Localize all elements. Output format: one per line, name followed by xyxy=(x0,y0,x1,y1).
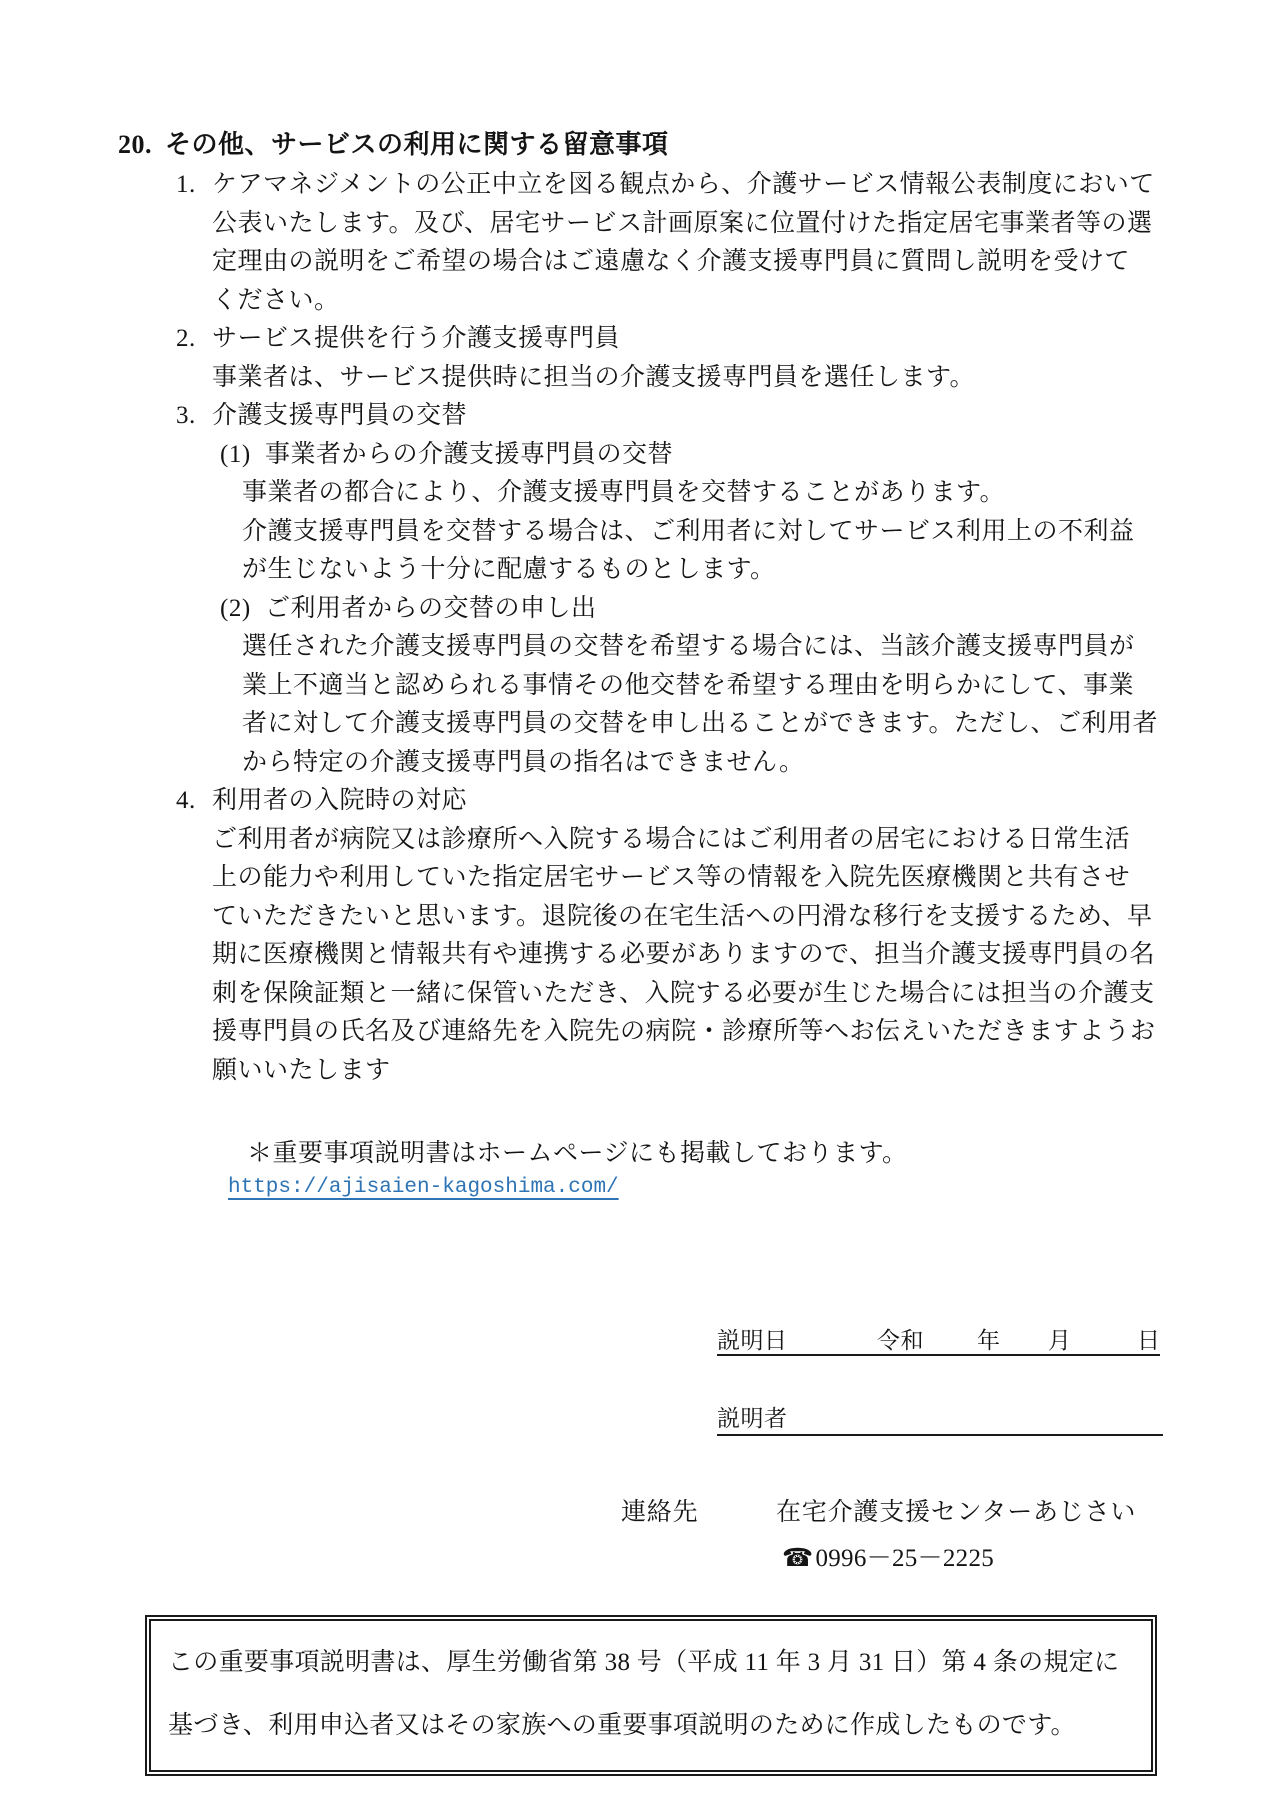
line-marker: 4. xyxy=(176,782,196,821)
line-text: ご利用者が病院又は診療所へ入院する場合にはご利用者の居宅における日常生活 xyxy=(212,826,1130,853)
era-label: 令和 xyxy=(877,1322,924,1355)
section-heading: 20.その他、サービスの利用に関する留意事項 xyxy=(118,124,669,161)
day-label: 日 xyxy=(1137,1322,1161,1355)
line-text: 公表いたします。及び、居宅サービス計画原案に位置付けた指定居宅事業者等の選 xyxy=(212,210,1153,237)
contact-label: 連絡先 xyxy=(621,1492,698,1528)
section-body: 1.ケアマネジメントの公正中立を図る観点から、介護サービス情報公表制度において公… xyxy=(0,166,1280,1090)
body-line: 4.利用者の入院時の対応 xyxy=(0,782,1280,821)
line-text: 事業者の都合により、介護支援専門員を交替することがあります。 xyxy=(242,479,1005,506)
line-text: ていただきたいと思います。退院後の在宅生活への円滑な移行を支援するため、早 xyxy=(212,903,1153,930)
body-line: 選任された介護支援専門員の交替を希望する場合には、当該介護支援専門員が xyxy=(0,628,1280,667)
body-line: 事業者の都合により、介護支援専門員を交替することがあります。 xyxy=(0,474,1280,513)
body-line: ご利用者が病院又は診療所へ入院する場合にはご利用者の居宅における日常生活 xyxy=(0,821,1280,860)
line-marker: 2. xyxy=(176,320,196,359)
line-marker: (2) xyxy=(220,590,251,629)
line-text: ケアマネジメントの公正中立を図る観点から、介護サービス情報公表制度において xyxy=(212,171,1155,198)
line-text: 願いいたします xyxy=(212,1057,391,1084)
body-line: 定理由の説明をご希望の場合はご遠慮なく介護支援専門員に質問し説明を受けて xyxy=(0,243,1280,282)
phone-row: ☎0996－25－2225 xyxy=(782,1538,994,1574)
line-text: 上の能力や利用していた指定居宅サービス等の情報を入院先医療機関と共有させ xyxy=(212,864,1130,891)
line-text: 介護支援専門員の交替 xyxy=(212,402,467,429)
year-label: 年 xyxy=(977,1322,1001,1355)
body-line: 公表いたします。及び、居宅サービス計画原案に位置付けた指定居宅事業者等の選 xyxy=(0,205,1280,244)
telephone-icon: ☎ xyxy=(782,1545,813,1572)
body-line: 期に医療機関と情報共有や連携する必要がありますので、担当介護支援専門員の名 xyxy=(0,936,1280,975)
line-text: 事業者は、サービス提供時に担当の介護支援専門員を選任します。 xyxy=(212,364,975,391)
line-marker: (1) xyxy=(220,436,251,475)
homepage-note: ＊重要事項説明書はホームページにも掲載しております。 xyxy=(247,1133,908,1169)
body-line: 刺を保険証類と一緒に保管いただき、入院する必要が生じた場合には担当の介護支 xyxy=(0,975,1280,1014)
line-text: 事業者からの介護支援専門員の交替 xyxy=(265,441,673,468)
line-text: から特定の介護支援専門員の指名はできません。 xyxy=(242,749,805,776)
explainer-label: 説明者 xyxy=(717,1400,788,1433)
homepage-note-text: ＊重要事項説明書はホームページにも掲載しております。 xyxy=(247,1140,908,1167)
line-text: が生じないよう十分に配慮するものとします。 xyxy=(242,556,776,583)
phone-number: 0996－25－2225 xyxy=(815,1545,994,1572)
line-marker: 3. xyxy=(176,397,196,436)
line-text: 業上不適当と認められる事情その他交替を希望する理由を明らかにして、事業 xyxy=(242,672,1134,699)
body-line: 3.介護支援専門員の交替 xyxy=(0,397,1280,436)
line-text: 介護支援専門員を交替する場合は、ご利用者に対してサービス利用上の不利益 xyxy=(242,518,1135,545)
explanation-date-row: 説明日 令和 年 月 日 xyxy=(717,1322,1160,1356)
body-line: 願いいたします xyxy=(0,1052,1280,1091)
body-line: ください。 xyxy=(0,282,1280,321)
body-line: 2.サービス提供を行う介護支援専門員 xyxy=(0,320,1280,359)
body-line: 1.ケアマネジメントの公正中立を図る観点から、介護サービス情報公表制度において xyxy=(0,166,1280,205)
body-line: 上の能力や利用していた指定居宅サービス等の情報を入院先医療機関と共有させ xyxy=(0,859,1280,898)
body-line: (1)事業者からの介護支援専門員の交替 xyxy=(0,436,1280,475)
homepage-link[interactable]: https://ajisaien-kagoshima.com/ xyxy=(228,1176,619,1199)
line-marker: 1. xyxy=(176,166,196,205)
line-text: 選任された介護支援専門員の交替を希望する場合には、当該介護支援専門員が xyxy=(242,633,1135,660)
footer-notice-box: この重要事項説明書は、厚生労働省第 38 号（平成 11 年 3 月 31 日）… xyxy=(145,1615,1157,1776)
line-text: 定理由の説明をご希望の場合はご遠慮なく介護支援専門員に質問し説明を受けて xyxy=(212,248,1130,275)
footer-notice-line-2: 基づき、利用申込者又はその家族への重要事項説明のために作成したものです。 xyxy=(168,1694,1137,1757)
month-label: 月 xyxy=(1048,1322,1072,1355)
body-line: 介護支援専門員を交替する場合は、ご利用者に対してサービス利用上の不利益 xyxy=(0,513,1280,552)
line-text: 援専門員の氏名及び連絡先を入院先の病院・診療所等へお伝えいただきますようお xyxy=(212,1018,1156,1045)
section-number: 20. xyxy=(118,130,152,159)
explainer-row: 説明者 xyxy=(717,1400,1163,1436)
document-page: 20.その他、サービスの利用に関する留意事項 1.ケアマネジメントの公正中立を図… xyxy=(0,0,1280,1811)
line-text: サービス提供を行う介護支援専門員 xyxy=(212,325,620,352)
line-text: 期に医療機関と情報共有や連携する必要がありますので、担当介護支援専門員の名 xyxy=(212,941,1155,968)
line-text: ご利用者からの交替の申し出 xyxy=(265,595,597,622)
body-line: が生じないよう十分に配慮するものとします。 xyxy=(0,551,1280,590)
contact-row: 連絡先 在宅介護支援センターあじさい xyxy=(0,1492,1280,1524)
line-text: ください。 xyxy=(212,287,340,314)
line-text: 利用者の入院時の対応 xyxy=(212,787,467,814)
body-line: 業上不適当と認められる事情その他交替を希望する理由を明らかにして、事業 xyxy=(0,667,1280,706)
footer-notice-line-1: この重要事項説明書は、厚生労働省第 38 号（平成 11 年 3 月 31 日）… xyxy=(168,1631,1137,1694)
line-text: 刺を保険証類と一緒に保管いただき、入院する必要が生じた場合には担当の介護支 xyxy=(212,980,1155,1007)
body-line: 事業者は、サービス提供時に担当の介護支援専門員を選任します。 xyxy=(0,359,1280,398)
body-line: 援専門員の氏名及び連絡先を入院先の病院・診療所等へお伝えいただきますようお xyxy=(0,1013,1280,1052)
explanation-date-label: 説明日 xyxy=(717,1322,788,1355)
line-text: 者に対して介護支援専門員の交替を申し出ることができます。ただし、ご利用者 xyxy=(242,710,1158,737)
section-title: その他、サービスの利用に関する留意事項 xyxy=(165,130,669,159)
body-line: (2)ご利用者からの交替の申し出 xyxy=(0,590,1280,629)
body-line: ていただきたいと思います。退院後の在宅生活への円滑な移行を支援するため、早 xyxy=(0,898,1280,937)
body-line: 者に対して介護支援専門員の交替を申し出ることができます。ただし、ご利用者 xyxy=(0,705,1280,744)
body-line: から特定の介護支援専門員の指名はできません。 xyxy=(0,744,1280,783)
contact-name: 在宅介護支援センターあじさい xyxy=(776,1492,1136,1528)
